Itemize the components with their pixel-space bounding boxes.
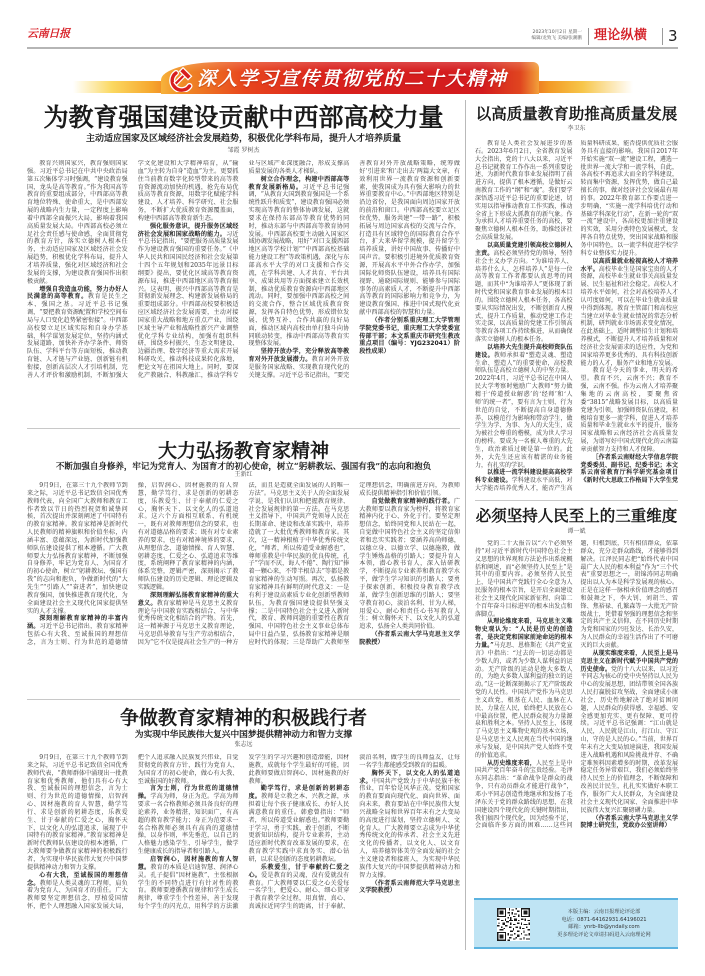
- column-divider: [465, 100, 466, 950]
- article-body: 教育兴则国家兴，教育强则国家强。习近平总书记在中共中央政治局第五次集体学习时强调…: [27, 160, 460, 412]
- editorial-info-box: 本版主编：云南日报理论评论部 电话：0871-64162931.64196021…: [474, 898, 678, 949]
- lead-sentence: 从历史维度来看，: [487, 760, 536, 767]
- paragraph: 言为士则，行为世范的道德情操。学高为师，身正为范。学高为师要求一名合格教师必须具…: [138, 785, 239, 856]
- author-note: （作者分别系重庆理工大学管理学院党委书记，重庆理工大学党委宣传部干部；本文系重庆…: [359, 317, 460, 356]
- paragraph-text: 学高为师，身正为范。学高为师要求一名合格教师必须具备良好的理论素养，业务精湛，知…: [138, 793, 239, 855]
- paragraph: 9月9日，在第三十九个教师节到来之际，习近平总书记致信全国优秀教师代表，“教师群…: [27, 754, 128, 872]
- paragraph: 党的二十大报告以“六个必须坚持”对习近平新时代中国特色社会主义思想的世界观和方法…: [475, 540, 573, 618]
- editor-in-charge: 本版主编：云南日报理论评论部: [536, 909, 672, 917]
- paragraph: 教育是人类社会发展进步的基石。2023年6月2日，全省教育发展大会指出，党的十八…: [475, 140, 573, 242]
- article-byline: 张志远: [27, 741, 460, 749]
- contact-email: 邮箱：ynrb-llb@yndaily.com: [536, 924, 672, 932]
- paragraph-text: 中国共产党致力于中华民族千秋伟业，百年恰是风华正茂。党和国家的教育要面向现代化、…: [359, 778, 460, 879]
- paragraph: 树立合作理念，构建中西部高等教育发展新格局。习近平总书记强调，“从教育大国到教育…: [249, 176, 350, 349]
- qr-code-icon: [497, 908, 530, 941]
- paragraph-text: 教育是今天的事业，明天的希望。教育不兴，云南不兴；教育不强，云南不强。作为云南人…: [581, 367, 679, 452]
- article-subheadline: 为实现中华民族伟大复兴中国梦提供精神动力和智力支撑: [27, 730, 460, 740]
- article-divider: [27, 428, 460, 429]
- editorial-contact-lines: 本版主编：云南日报理论评论部 电话：0871-64162931.64196021…: [536, 909, 672, 939]
- paragraph: 从理论维度来看，马克思主义唯物史观认为：“人民是历史的创造者，是决定党和国家前途…: [475, 618, 573, 759]
- article-divider: [27, 699, 460, 700]
- party-emblem-icon: [169, 66, 195, 92]
- article-subheadline: 主动适应国家及区域经济社会发展趋势，积极优化学科布局，提升人才培养质量: [27, 134, 460, 145]
- paragraph-text: 马克思、恩格斯在《共产党宣言》中指出：“过去的一切运动都是少数人的，或者为少数人…: [475, 642, 573, 759]
- article-headline: 争做教育家精神的积极践行者: [27, 707, 460, 729]
- article-body: 9月9日，在第三十九个教师节到来之际，习近平总书记致信全国优秀教师代表，“教师群…: [27, 754, 460, 951]
- issue-info: 2023年10月2日 星期一 编辑/龙致飞 美编/张潮鹏: [500, 30, 582, 42]
- masthead-divider: [588, 28, 589, 45]
- paragraph: 勤学笃行，求是创新的躬耕态度。教师是立教之本、兴教之源，承担着让每个孩子健康成长…: [249, 785, 350, 863]
- article-body: 党的二十大报告以“六个必须坚持”对习近平新时代中国特色社会主义思想的世界观和方法…: [475, 540, 678, 894]
- paragraph: 9月9日，在第三十九个教师节到来之际，习近平总书记致信全国优秀教师代表，向全国广…: [27, 482, 128, 615]
- masthead-divider: [662, 28, 663, 45]
- paragraph: 从现实维度来看，人民至上是马克思主义在新时代赋予中国共产党的历史使命。党的十八大…: [581, 650, 679, 815]
- paragraph-text: 教师承担着“塑造灵魂、塑造生命、塑造人”的重要使命，高校教师队伍是高校立德树人的…: [475, 352, 573, 469]
- paragraph: 以高质量党建引领高校立德树人主责。高校必须坚持党的领导，坚持社会主义办学方向。“…: [475, 242, 573, 344]
- paragraph-text: 广大教师要以教育家为榜样，将教育家精神内化于心、外化于行。要坚定理想信念，始终同…: [359, 498, 460, 631]
- paragraph: 教育兴则国家兴，教育强则国家强。习近平总书记在中共中央政治局第五次集体学习时强调…: [27, 160, 128, 286]
- paragraph: 胸怀天下，以文化人的弘道追求。中国共产党致力于中华民族千秋伟业，百年恰是风华正茂…: [359, 770, 460, 880]
- scan-qr-hint: 更多理论评论文章请扫码进入云南理论网: [536, 932, 672, 940]
- paragraph-text: 教育是人类社会发展进步的基石。2023年6月2日，全省教育发展大会指出，党的十八…: [475, 140, 573, 241]
- article-divider: [475, 500, 678, 501]
- paragraph-text: 9月9日，在第三十九个教师节到来之际，习近平总书记致信全国优秀教师代表，“教师群…: [27, 754, 128, 871]
- article-byline: 王新红: [27, 471, 460, 479]
- section-title: 理论纵横: [594, 28, 647, 44]
- page-number: 3: [668, 27, 678, 45]
- article-byline: 谭一斌: [475, 528, 678, 536]
- lead-sentence: 强化服务意识，提升服务区域经济社会发展和国家战略的能力。: [138, 223, 239, 238]
- paragraph-text: 教育兴则国家兴，教育强则国家强。习近平总书记在中共中央政治局第五次集体学习时强调…: [27, 160, 128, 285]
- article-headline: 必须坚持人民至上的三重维度: [475, 507, 678, 526]
- author-note: （作者系云南大学马克思主义学院教授）: [359, 631, 460, 647]
- article-headline: 以高质量教育助推高质量发展: [475, 105, 678, 124]
- paragraph-text: 党的十八大以来，以习近平同志为核心的党中央坚持以人民为中心的发展思想，团结带领全…: [581, 666, 679, 814]
- paragraph: 以培养大先生提升高校师资队伍建设。教师承担着“塑造灵魂、塑造生命、塑造人”的重要…: [475, 344, 573, 470]
- paragraph-text: 高校毕业生是国家宝贵的人才资源，高校毕业生就业事关高质量发展、民生福祉和社会稳定…: [581, 266, 679, 367]
- masthead-rule: [27, 47, 678, 49]
- author-note: （作者系云南师范大学马克思主义学院教授）: [359, 880, 460, 896]
- paragraph-text: 习近平总书记强调，“从教育大国到教育强国是一个系统性跃升和质变”，建设教育强国必…: [249, 184, 350, 348]
- lead-sentence: 自觉做教育家精神的践行者。: [371, 498, 453, 505]
- article-byline: 李卫东: [475, 125, 678, 133]
- article-body: 9月9日，在第三十九个教师节到来之际，习近平总书记致信全国优秀教师代表，向全国广…: [27, 482, 460, 687]
- paragraph: 教育是今天的事业，明天的希望。教育不兴，云南不兴；教育不强，云南不强。作为云南人…: [581, 367, 679, 453]
- issue-editors: 编辑/龙致飞 美编/张潮鹏: [500, 36, 582, 42]
- paragraph-text: 教师是立教之本、兴教之源，承担着让每个孩子健康成长、办好人民满意教育的重任。韩愈…: [249, 793, 350, 863]
- theme-banner: 深入学习宣传贯彻党的二十大精神: [73, 62, 633, 96]
- article-body: 教育是人类社会发展进步的基石。2023年6月2日，全省教育发展大会指出，党的十八…: [475, 140, 678, 494]
- article-headline: 大力弘扬教育家精神: [27, 440, 460, 462]
- article-byline: 邹霞 罗树杰: [27, 147, 460, 155]
- article-headline: 为教育强国建设贡献中西部高校力量: [27, 104, 460, 132]
- paragraph-text: 高校必须坚持党的领导，坚持社会主义办学方向。“为谁培养人、培养什么人、怎样培养人…: [475, 250, 573, 343]
- author-note: （作者系云南大学马克思主义学院博士研究生，党政办公室讲师）: [581, 815, 679, 831]
- paragraph-text: 9月9日，在第三十九个教师节到来之际，习近平总书记致信全国优秀教师代表，向全国广…: [27, 482, 128, 615]
- banner-text: 深入学习宣传贯彻党的二十大精神: [197, 67, 508, 91]
- paragraph-text: 党的二十大报告以“六个必须坚持”对习近平新时代中国特色社会主义思想的世界观和方法…: [475, 540, 573, 618]
- newspaper-logo: 云南日报: [27, 26, 70, 42]
- paragraph: 自觉做教育家精神的践行者。广大教师要以教育家为榜样，将教育家精神内化于心、外化于…: [359, 498, 460, 631]
- paragraph: 以高质量就业检视高校人才培养水平。高校毕业生是国家宝贵的人才资源，高校毕业生就业…: [581, 258, 679, 368]
